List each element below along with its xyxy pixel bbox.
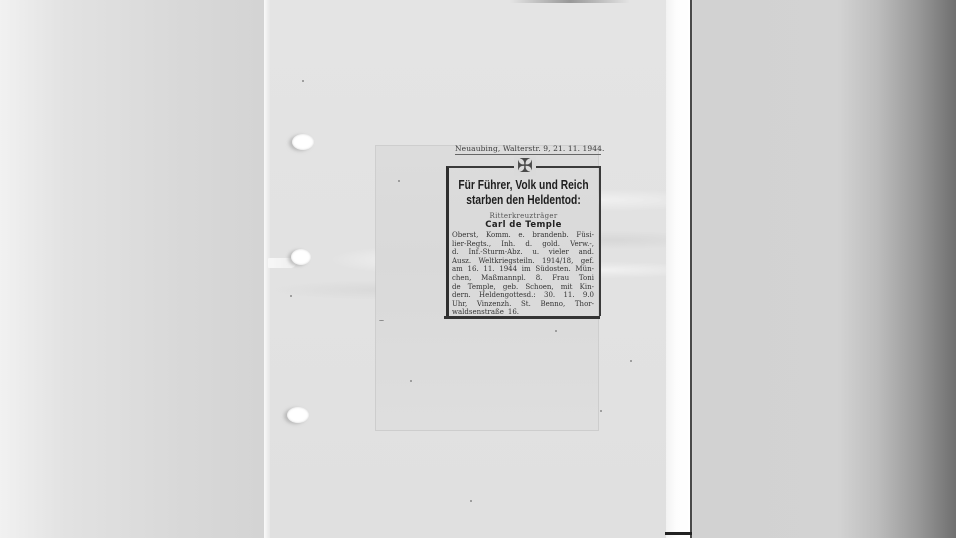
obituary-line: dern.Heldengottesd.:30.11.9.0 bbox=[452, 291, 594, 300]
scan-speck bbox=[600, 410, 602, 412]
document-viewer: Neuaubing, Walterstr. 9, 21. 11. 1944. ✠… bbox=[0, 0, 956, 538]
dateline: Neuaubing, Walterstr. 9, 21. 11. 1944. bbox=[455, 144, 601, 155]
page-corner-mark bbox=[665, 532, 692, 535]
obituary-line: Uhr,Vinzenzh.St.Benno,Thor- bbox=[452, 300, 594, 309]
obituary-headline: Für Führer, Volk und Reich starben den H… bbox=[464, 178, 583, 208]
headline-line-2: starben den Heldentod: bbox=[453, 193, 595, 208]
scan-speck bbox=[398, 180, 400, 182]
page-left-edge bbox=[264, 0, 270, 538]
obituary-line: waldsenstraße16. bbox=[452, 308, 594, 317]
obituary-body: Oberst,Komm.e.brandenb.Füsi-lier-Regts.,… bbox=[452, 231, 594, 317]
scan-speck bbox=[555, 330, 557, 332]
scan-speck bbox=[302, 80, 304, 82]
page-border-line bbox=[690, 0, 692, 538]
scan-speck bbox=[410, 380, 412, 382]
scan-speck bbox=[379, 320, 384, 321]
scan-speck bbox=[290, 295, 292, 297]
rank-title: Ritterkreuzträger bbox=[451, 212, 596, 220]
obituary-line: d.Inf.-Sturm-Abz.u.vielerand. bbox=[452, 248, 594, 257]
page-top-shadow bbox=[510, 0, 630, 3]
punch-hole-icon bbox=[292, 134, 314, 150]
obituary-line: Oberst,Komm.e.brandenb.Füsi- bbox=[452, 231, 594, 240]
punch-hole-icon bbox=[291, 249, 311, 265]
headline-line-1: Für Führer, Volk und Reich bbox=[453, 178, 595, 193]
deceased-name: Carl de Temple bbox=[451, 220, 596, 230]
obituary-line: deTemple,geb.Schoen,mitKin- bbox=[452, 283, 594, 292]
iron-cross-icon: ✠ bbox=[514, 156, 536, 176]
obituary-line: chen,Maßmannpl.8.FrauToni bbox=[452, 274, 594, 283]
page-right-margin bbox=[666, 0, 691, 538]
punch-hole-icon bbox=[287, 407, 309, 423]
viewer-background-right bbox=[693, 0, 956, 538]
scan-speck bbox=[470, 500, 472, 502]
obituary-line: lier-Regts.,Inh.d.gold.Verw.-, bbox=[452, 240, 594, 249]
scan-speck bbox=[630, 360, 632, 362]
obituary-line: Ausz.Weltkriegsteiln.1914/18,gef. bbox=[452, 257, 594, 266]
obituary-line: am16.11.1944imSüdosten.Mün- bbox=[452, 265, 594, 274]
viewer-background-left bbox=[0, 0, 264, 538]
